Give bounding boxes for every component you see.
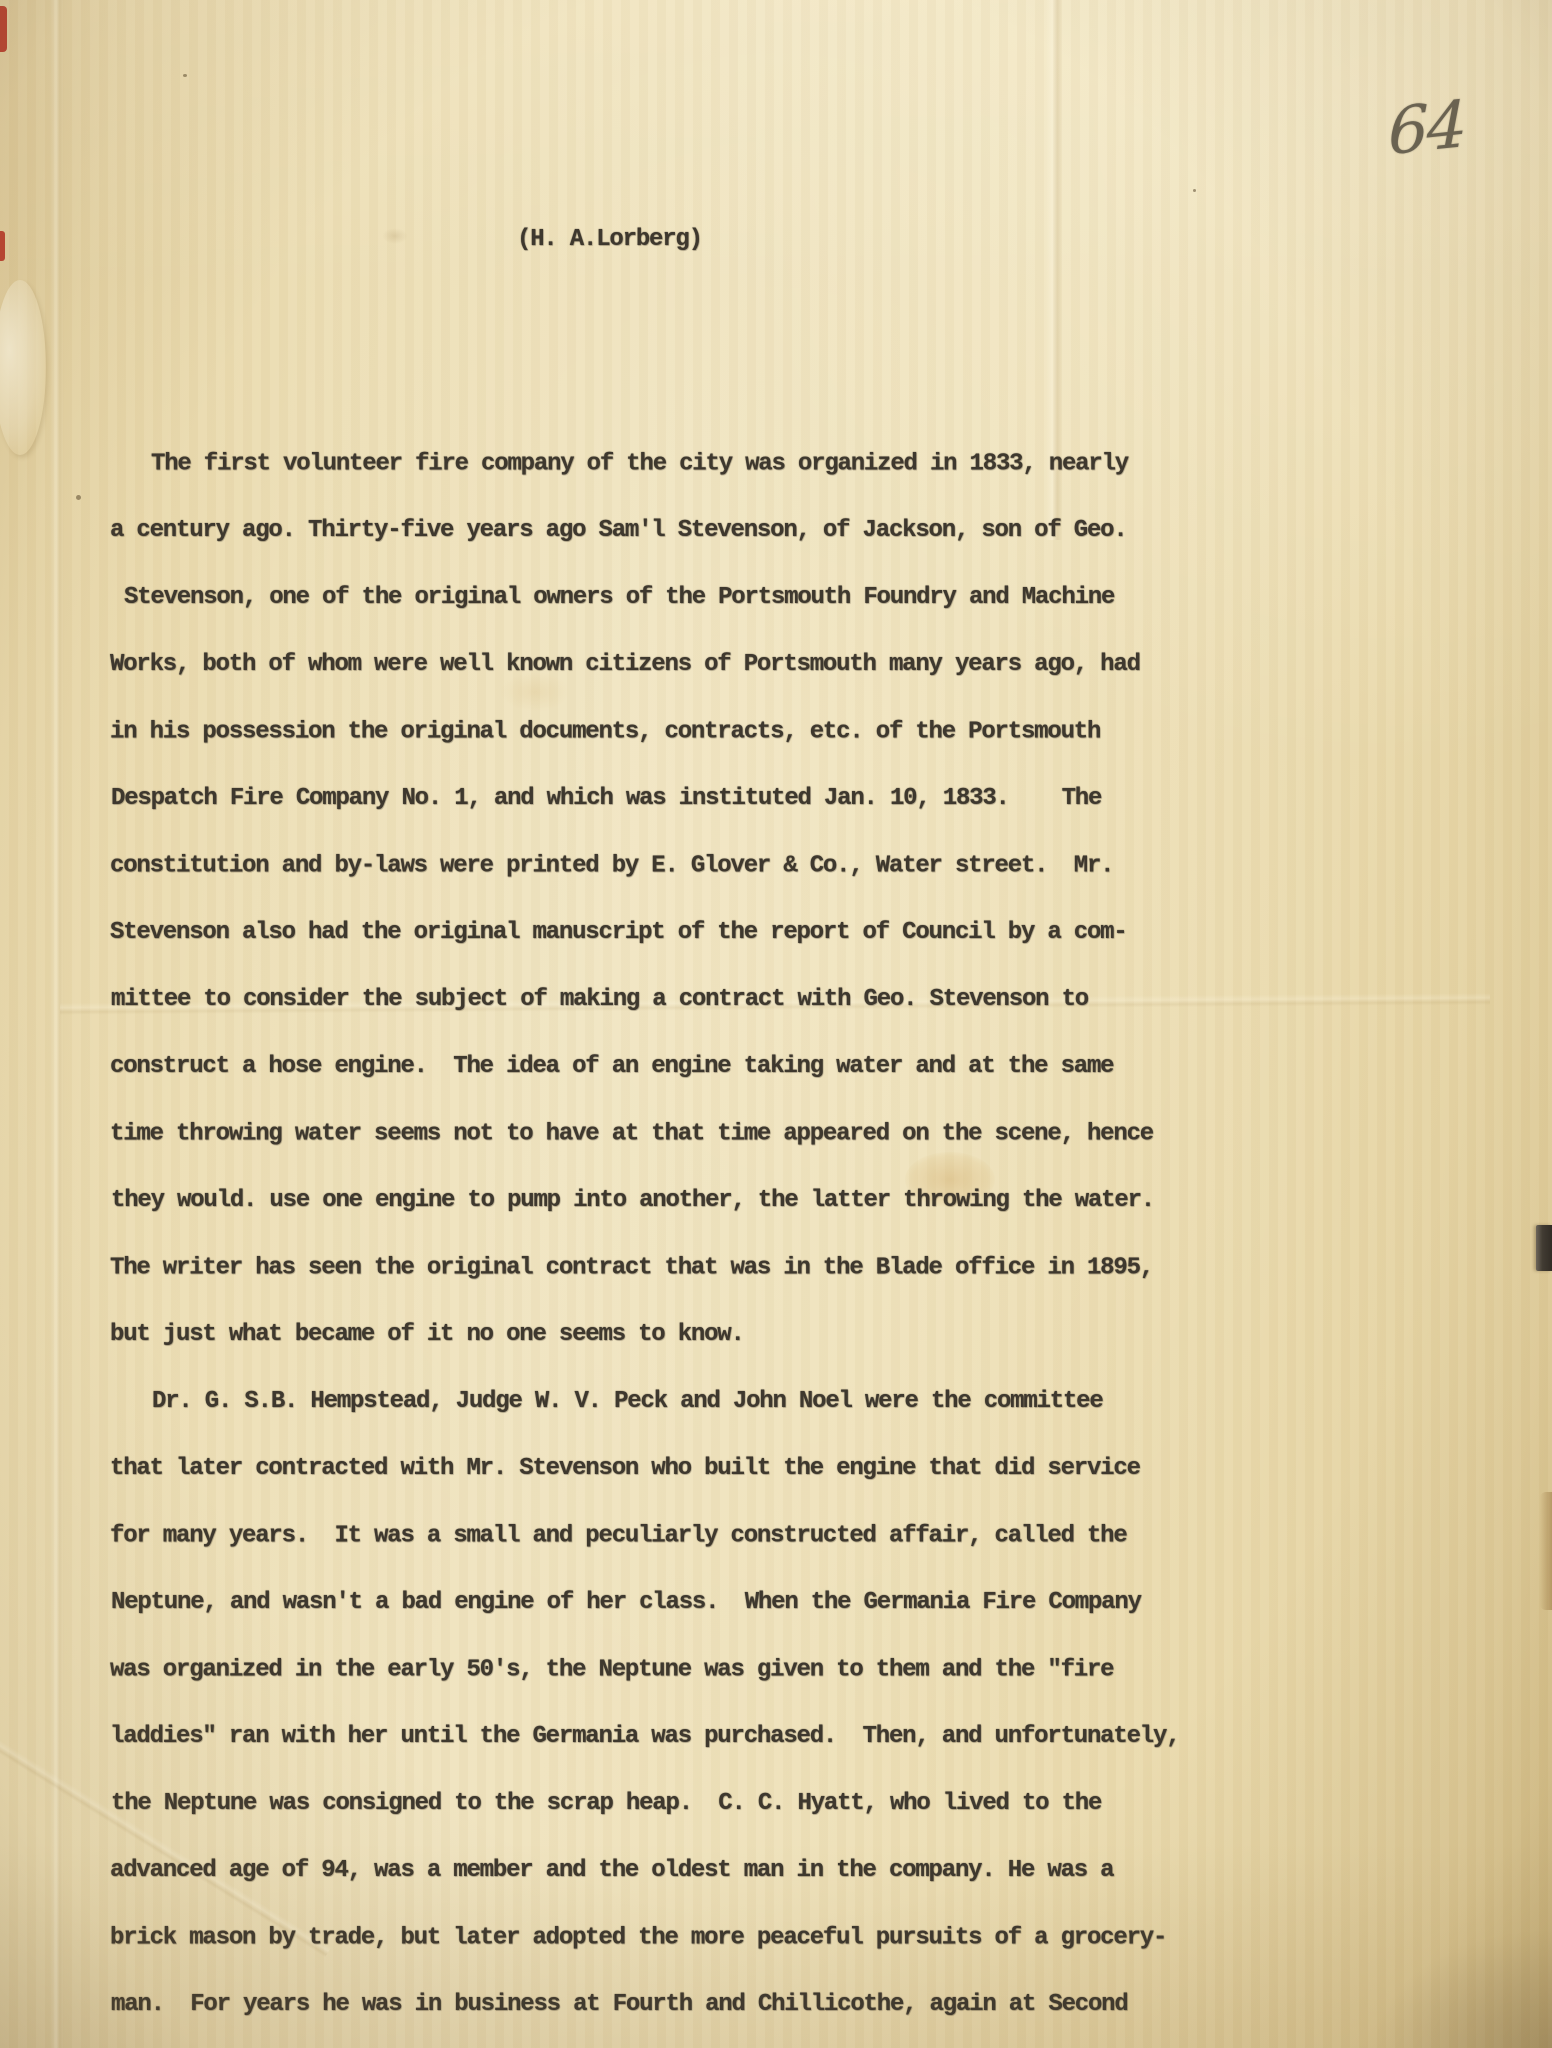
text-line: construct a hose engine. The idea of an … (110, 1033, 1310, 1100)
attribution-title: (H. A.Lorberg) (517, 226, 702, 253)
text-line: Works, both of whom were well known citi… (110, 631, 1310, 698)
text-line: in his possession the original documents… (110, 699, 1310, 766)
text-line: The first volunteer fire company of the … (110, 431, 1310, 498)
text-line: Neptune, and wasn't a bad engine of her … (111, 1569, 1311, 1636)
stain-spot (382, 228, 408, 244)
red-edge-mark (0, 231, 5, 261)
ink-speck (76, 495, 81, 500)
text-line: that later contracted with Mr. Stevenson… (110, 1435, 1310, 1502)
ink-speck (1193, 189, 1196, 192)
vertical-crease-left (50, 0, 64, 2048)
text-line: laddies" ran with her until the Germania… (110, 1703, 1310, 1770)
red-edge-mark (0, 6, 7, 52)
text-line: time throwing water seems not to have at… (110, 1101, 1310, 1168)
text-line: mittee to consider the subject of making… (111, 966, 1311, 1033)
text-line: constitution and by-laws were printed by… (110, 833, 1310, 900)
text-line: they would. use one engine to pump into … (111, 1167, 1311, 1234)
paper-tear-top-left (0, 280, 46, 455)
text-line: the Neptune was consigned to the scrap h… (111, 1770, 1311, 1837)
text-line: man. For years he was in business at Fou… (111, 1971, 1311, 2038)
text-line: Stevenson also had the original manuscri… (110, 899, 1310, 966)
typewritten-manuscript-page: 64 (H. A.Lorberg) The first volunteer fi… (0, 0, 1552, 2048)
ink-speck (183, 74, 187, 77)
text-line: Despatch Fire Company No. 1, and which w… (111, 765, 1311, 832)
text-line: Stevenson, one of the original owners of… (111, 564, 1311, 631)
text-line: brick mason by trade, but later adopted … (110, 1905, 1310, 1972)
text-line: The writer has seen the original contrac… (110, 1235, 1310, 1302)
dark-edge-mark-right (1536, 1225, 1552, 1271)
text-line: was organized in the early 50's, the Nep… (110, 1637, 1310, 1704)
text-line: but just what became of it no one seems … (110, 1301, 1310, 1368)
typed-lines: The first volunteer fire company of the … (110, 430, 1310, 2038)
corner-shadow-bottom-right (1372, 1928, 1552, 2048)
torn-edge-right (1540, 1492, 1552, 1610)
text-line: advanced age of 94, was a member and the… (110, 1837, 1310, 1904)
text-line: for many years. It was a small and pecul… (110, 1503, 1310, 1570)
text-line: Dr. G. S.B. Hempstead, Judge W. V. Peck … (111, 1368, 1311, 1435)
text-line: a century ago. Thirty-five years ago Sam… (110, 497, 1310, 564)
handwritten-page-number: 64 (1388, 88, 1465, 171)
